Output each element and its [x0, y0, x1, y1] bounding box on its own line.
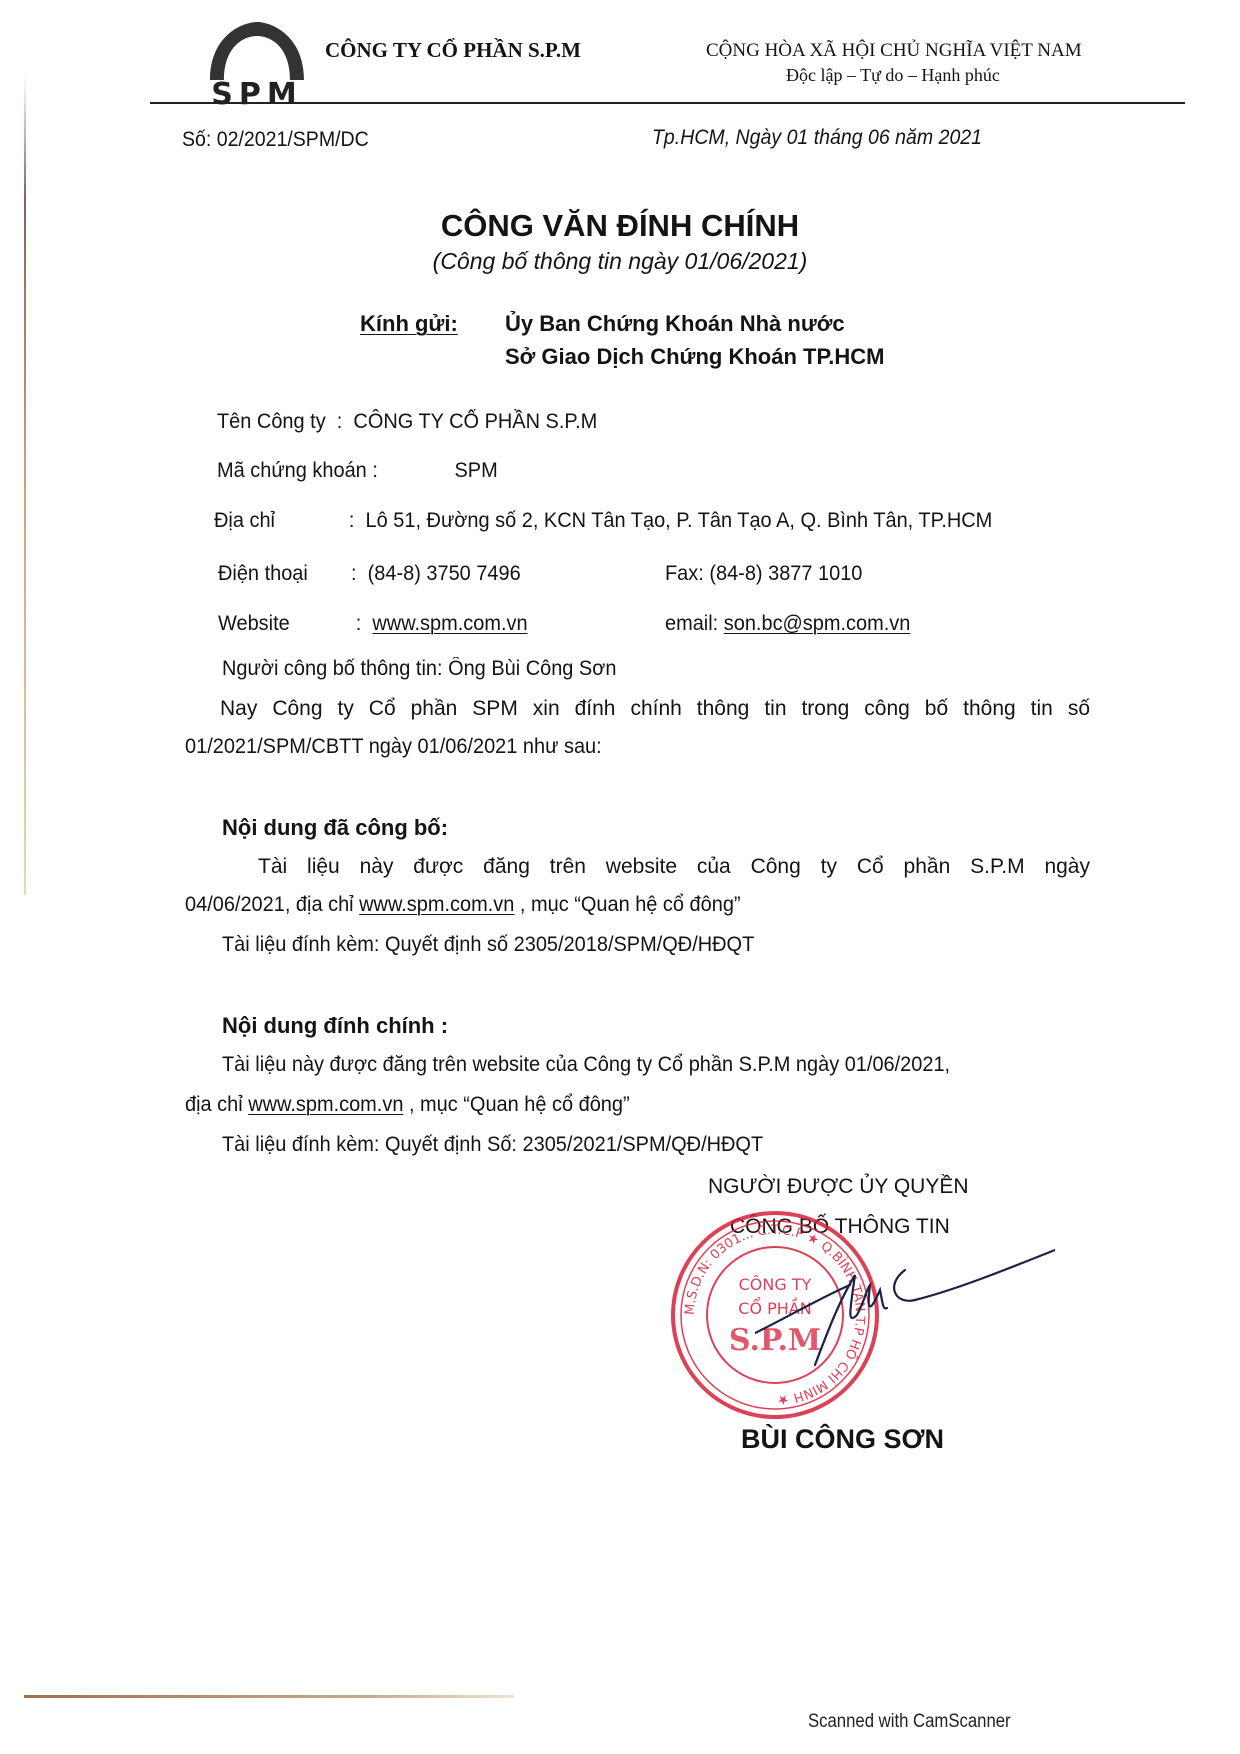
camscanner-watermark: Scanned with CamScanner [808, 1711, 1011, 1733]
scan-edge-artifact [24, 75, 26, 895]
published-line-2: 04/06/2021, địa chỉ www.spm.com.vn , mục… [185, 893, 741, 917]
national-title: CỘNG HÒA XÃ HỘI CHỦ NGHĨA VIỆT NAM [706, 40, 1082, 62]
info-address: Địa chỉ: Lô 51, Đường số 2, KCN Tân Tạo,… [214, 509, 992, 533]
document-number: Số: 02/2021/SPM/DC [182, 128, 369, 152]
signer-name: BÙI CÔNG SƠN [741, 1424, 944, 1455]
company-name-header: CÔNG TY CỔ PHẦN S.P.M [325, 38, 581, 63]
info-phone: Điện thoại: (84-8) 3750 7496Fax: (84-8) … [218, 562, 862, 586]
correction-website-link[interactable]: www.spm.com.vn [248, 1093, 403, 1116]
scan-bottom-edge [24, 1695, 514, 1698]
published-heading: Nội dung đã công bố: [222, 815, 448, 841]
header-divider [150, 102, 1185, 104]
correction-line-1: Tài liệu này được đăng trên website của … [222, 1053, 950, 1077]
email-link[interactable]: son.bc@spm.com.vn [724, 612, 911, 635]
correction-heading: Nội dung đính chính : [222, 1013, 448, 1039]
info-website: Website: www.spm.com.vnemail: son.bc@spm… [218, 612, 910, 636]
info-ticker: Mã chứng khoán :SPM [217, 459, 498, 483]
info-discloser: Người công bố thông tin: Ông Bùi Công Sơ… [222, 657, 616, 681]
correction-attachment: Tài liệu đính kèm: Quyết định Số: 2305/2… [222, 1133, 763, 1157]
document-date: Tp.HCM, Ngày 01 tháng 06 năm 2021 [652, 126, 982, 150]
correction-line-2: địa chỉ www.spm.com.vn , mục “Quan hệ cổ… [185, 1093, 630, 1117]
website-link[interactable]: www.spm.com.vn [372, 612, 527, 635]
published-line-1: Tài liệu này được đăng trên website của … [258, 855, 1090, 879]
spm-logo-icon: SPM [192, 18, 322, 108]
signer-role-line-1: NGƯỜI ĐƯỢC ỦY QUYỀN [708, 1175, 969, 1199]
published-attachment: Tài liệu đính kèm: Quyết định số 2305/20… [222, 933, 754, 957]
info-company: Tên Công ty : CÔNG TY CỔ PHẦN S.P.M [217, 410, 597, 434]
document-title: CÔNG VĂN ĐÍNH CHÍNH [0, 208, 1240, 244]
intro-line-1: Nay Công ty Cổ phần SPM xin đính chính t… [220, 697, 1090, 721]
recipient-1: Ủy Ban Chứng Khoán Nhà nước [505, 311, 845, 337]
intro-line-2: 01/2021/SPM/CBTT ngày 01/06/2021 như sau… [185, 735, 602, 759]
signature-icon [755, 1230, 1055, 1370]
national-motto: Độc lập – Tự do – Hạnh phúc [786, 65, 1000, 86]
document-subtitle: (Công bố thông tin ngày 01/06/2021) [0, 248, 1240, 275]
published-website-link[interactable]: www.spm.com.vn [359, 893, 514, 916]
recipient-2: Sở Giao Dịch Chứng Khoán TP.HCM [505, 344, 885, 370]
recipients-label: Kính gửi: [360, 311, 458, 337]
